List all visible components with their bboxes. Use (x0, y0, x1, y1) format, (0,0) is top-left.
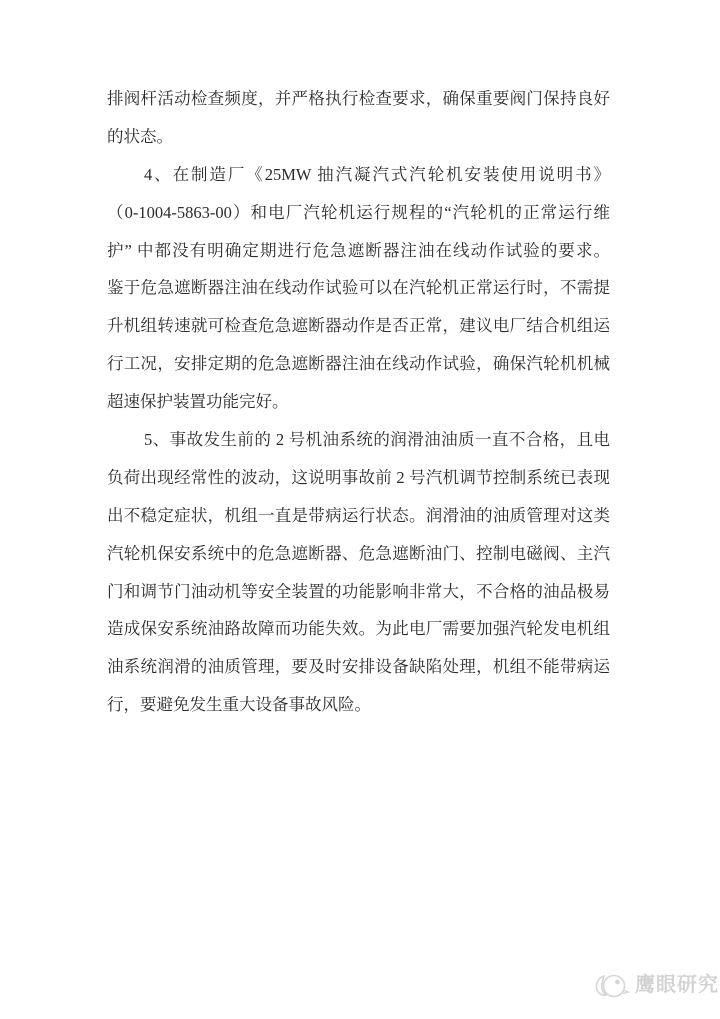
watermark-label: 鹰眼研究 (635, 975, 719, 995)
text-line: 行，要避免发生重大设备事故风险。 (107, 686, 610, 724)
document-page: 排阀杆活动检查频度，并严格执行检查要求，确保重要阀门保持良好 的状态。 4、在制… (0, 0, 720, 1019)
text-line: 护” 中都没有明确定期进行危急遮断器注油在线动作试验的要求。 (107, 232, 610, 270)
text-line: 门和调节门油动机等安全装置的功能影响非常大，不合格的油品极易 (107, 573, 610, 611)
text-line: 出不稳定症状，机组一直是带病运行状态。润滑油的油质管理对这类 (107, 497, 610, 535)
text-line: 超速保护装置功能完好。 (107, 383, 610, 421)
text-line: 5、事故发生前的 2 号机油系统的润滑油油质一直不合格，且电 (107, 421, 610, 459)
text-line: 行工况，安排定期的危急遮断器注油在线动作试验，确保汽轮机机械 (107, 345, 610, 383)
text-line: 排阀杆活动检查频度，并严格执行检查要求，确保重要阀门保持良好 (107, 80, 610, 118)
text-line: 4、在制造厂《25MW 抽汽凝汽式汽轮机安装使用说明书》 (107, 156, 610, 194)
text-line: 升机组转速就可检查危急遮断器动作是否正常，建议电厂结合机组运 (107, 307, 610, 345)
text-line: 鉴于危急遮断器注油在线动作试验可以在汽轮机正常运行时，不需提 (107, 269, 610, 307)
text-line: 的状态。 (107, 118, 610, 156)
watermark: 鹰眼研究 (594, 969, 719, 1001)
eagle-eye-logo-icon (594, 969, 630, 1001)
text-line: 汽轮机保安系统中的危急遮断器、危急遮断油门、控制电磁阀、主汽 (107, 535, 610, 573)
text-line: 造成保安系统油路故障而功能失效。为此电厂需要加强汽轮发电机组 (107, 610, 610, 648)
text-line: 油系统润滑的油质管理，要及时安排设备缺陷处理，机组不能带病运 (107, 648, 610, 686)
text-line: 负荷出现经常性的波动，这说明事故前 2 号汽机调节控制系统已表现 (107, 459, 610, 497)
document-body: 排阀杆活动检查频度，并严格执行检查要求，确保重要阀门保持良好 的状态。 4、在制… (107, 80, 610, 724)
text-line: （0-1004-5863-00）和电厂汽轮机运行规程的“汽轮机的正常运行维 (107, 194, 610, 232)
